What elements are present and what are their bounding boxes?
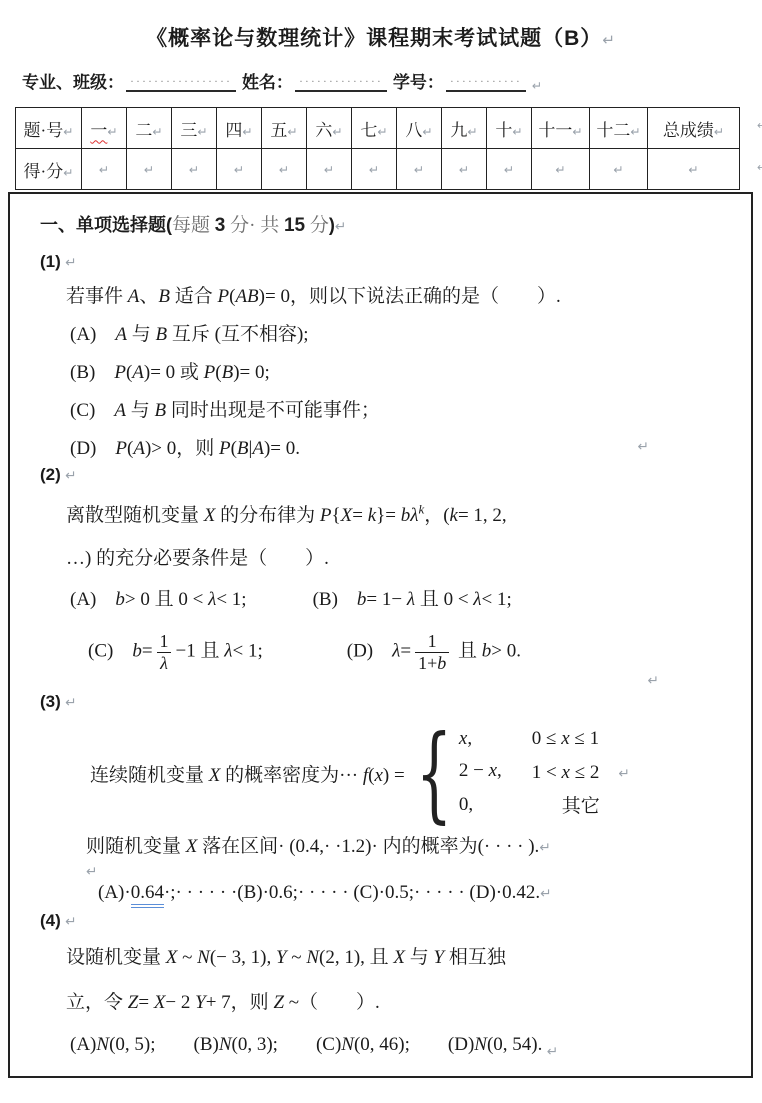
score-cell-2: ↵	[127, 149, 172, 190]
paragraph-mark-icon: ↵	[422, 125, 432, 139]
score-cell-5: ↵	[262, 149, 307, 190]
question-2-option-d: (D) λ=11+b 且 b> 0.	[347, 631, 521, 673]
score-cell-4: ↵	[217, 149, 262, 190]
piecewise-row3-expr: 0,	[459, 794, 502, 816]
piecewise-row1-cond: 0 ≤ x ≤ 1	[532, 728, 630, 750]
paragraph-mark-icon: ↵	[63, 125, 73, 139]
paragraph-mark-icon: ↵	[638, 439, 649, 455]
score-row: 得·分↵ ↵ ↵ ↵ ↵ ↵ ↵ ↵ ↵ ↵ ↵ ↵ ↵ ↵	[16, 149, 740, 190]
paragraph-mark-icon: ↵	[63, 166, 73, 180]
score-label-cell: 得·分↵	[16, 149, 82, 190]
header-cell-11: 十一↵	[532, 108, 590, 149]
paragraph-mark-icon: ↵	[324, 163, 334, 177]
paragraph-mark-icon: ↵	[532, 79, 542, 93]
score-table: 题·号↵ 一↵ 二↵ 三↵ 四↵ 五↵ 六↵ 七↵ 八↵ 九↵ 十↵ 十一↵ 十…	[15, 107, 740, 190]
paragraph-mark-icon: ↵	[504, 163, 514, 177]
question-1-option-d-text: (D) P(A)> 0，则 P(B|A)= 0.	[70, 433, 300, 460]
questions-box: 一、单项选择题(每题 3 分· 共 15 分)↵ (1) ↵ 若事件 A、B 适…	[8, 192, 753, 1078]
document-title: 《概率论与数理统计》课程期末考试试题（B）↵	[0, 22, 762, 52]
paragraph-mark-icon: ↵	[287, 125, 297, 139]
piecewise-row2-expr: 2 − x,	[459, 760, 502, 782]
student-id-blank: ············	[446, 75, 526, 92]
table-row-end-marks: ↵ ↵	[757, 118, 762, 174]
question-4-options: (A)N(0, 5); (B)N(0, 3); (C)N(0, 46); (D)…	[70, 1029, 739, 1060]
question-2-label: (2) ↵	[40, 464, 739, 486]
paragraph-mark-icon: ↵	[86, 864, 97, 880]
paragraph-mark-icon: ↵	[512, 125, 522, 139]
score-cell-6: ↵	[307, 149, 352, 190]
student-id-label: 学号：	[393, 68, 444, 93]
name-label: 姓名：	[242, 68, 293, 93]
question-1-option-c: (C) A 与 B 同时出现是不可能事件；	[70, 395, 739, 422]
piecewise-row1-expr: x,	[459, 728, 502, 750]
header-cell-2: 二↵	[127, 108, 172, 149]
header-cell-8: 八↵	[397, 108, 442, 149]
score-cell-total: ↵	[648, 149, 740, 190]
question-1-option-d: (D) P(A)> 0，则 P(B|A)= 0. ↵	[70, 433, 739, 460]
exam-document-page: 《概率论与数理统计》课程期末考试试题（B）↵ 专业、班级：···········…	[0, 0, 762, 1103]
paragraph-mark-icon: ↵	[688, 163, 698, 177]
question-4-label: (4) ↵	[40, 910, 739, 932]
paragraph-mark-icon: ↵	[144, 163, 154, 177]
question-3-interval-line: 则随机变量 X 落在区间· (0.4,· ·1.2)· 内的概率为(· · · …	[86, 831, 739, 858]
question-2-stem-line1: 离散型随机变量 X 的分布律为 P{X= k}= bλk，(k= 1, 2,	[66, 500, 739, 527]
paragraph-mark-icon: ↵	[602, 31, 616, 49]
piecewise-row2-cond: 1 < x ≤ 2 ↵	[532, 757, 630, 784]
question-3-options: (A)·0.64·;· · · · · ·(B)·0.6;· · · · · (…	[98, 882, 739, 904]
header-cell-4: 四↵	[217, 108, 262, 149]
question-2-option-a: (A) b> 0 且 0 < λ< 1;	[70, 584, 247, 611]
header-cell-1: 一↵	[82, 108, 127, 149]
header-cell-12: 十二↵	[590, 108, 648, 149]
paragraph-mark-icon: ↵	[613, 163, 623, 177]
question-4-stem-line2: 立，令 Z= X− 2 Y+ 7，则 Z ~（ ）.	[66, 987, 739, 1014]
paragraph-mark-icon: ↵	[279, 163, 289, 177]
score-cell-1: ↵	[82, 149, 127, 190]
student-info-line: 专业、班级：················· 姓名：·············…	[22, 68, 762, 93]
score-cell-3: ↵	[172, 149, 217, 190]
name-blank: ··············	[295, 75, 387, 92]
header-cell-5: 五↵	[262, 108, 307, 149]
paragraph-mark-icon: ↵	[630, 125, 640, 139]
paragraph-mark-icon: ↵	[234, 163, 244, 177]
header-cell-3: 三↵	[172, 108, 217, 149]
paragraph-mark-icon: ↵	[414, 163, 424, 177]
row-end-mark-icon: ↵	[757, 118, 762, 132]
paragraph-mark-icon: ↵	[377, 125, 387, 139]
paragraph-mark-icon: ↵	[714, 125, 724, 139]
question-number-row: 题·号↵ 一↵ 二↵ 三↵ 四↵ 五↵ 六↵ 七↵ 八↵ 九↵ 十↵ 十一↵ 十…	[16, 108, 740, 149]
paragraph-mark-icon: ↵	[189, 163, 199, 177]
question-2-options-row1: (A) b> 0 且 0 < λ< 1; (B) b= 1− λ 且 0 < λ…	[70, 584, 739, 611]
question-2-options-row2: (C) b=1λ−1 且 λ< 1; (D) λ=11+b 且 b> 0. ↵	[88, 615, 739, 689]
question-2-option-c: (C) b=1λ−1 且 λ< 1;	[88, 631, 263, 673]
score-cell-9: ↵	[442, 149, 487, 190]
header-cell-6: 六↵	[307, 108, 352, 149]
empty-paragraph-line: ↵	[86, 860, 739, 882]
score-cell-10: ↵	[487, 149, 532, 190]
left-brace-glyph: {	[416, 729, 452, 817]
paragraph-mark-icon: ↵	[648, 673, 659, 689]
paragraph-mark-icon: ↵	[572, 125, 582, 139]
paragraph-mark-icon: ↵	[152, 125, 162, 139]
piecewise-row3-cond: 其它	[532, 791, 630, 818]
score-cell-7: ↵	[352, 149, 397, 190]
paragraph-mark-icon: ↵	[459, 163, 469, 177]
question-3-intro: 连续随机变量 X 的概率密度为··· f(x) =	[90, 760, 405, 787]
major-class-blank: ·················	[126, 75, 236, 92]
paragraph-mark-icon: ↵	[107, 125, 117, 139]
header-cell-9: 九↵	[442, 108, 487, 149]
score-cell-11: ↵	[532, 149, 590, 190]
header-cell-timu: 题·号↵	[16, 108, 82, 149]
paragraph-mark-icon: ↵	[555, 163, 565, 177]
question-2-option-b: (B) b= 1− λ 且 0 < λ< 1;	[313, 584, 512, 611]
paragraph-mark-icon: ↵	[369, 163, 379, 177]
header-cell-7: 七↵	[352, 108, 397, 149]
question-1-option-b: (B) P(A)= 0 或 P(B)= 0;	[70, 357, 739, 384]
paragraph-mark-icon: ↵	[197, 125, 207, 139]
question-1-option-a: (A) A 与 B 互斥 (互不相容);	[70, 319, 739, 346]
question-1-stem: 若事件 A、B 适合 P(AB)= 0，则以下说法正确的是（ ）.	[66, 281, 739, 308]
piecewise-rows: x, 0 ≤ x ≤ 1 2 − x, 1 < x ≤ 2 ↵ 0, 其它	[459, 728, 630, 818]
score-cell-8: ↵	[397, 149, 442, 190]
paragraph-mark-icon: ↵	[99, 163, 109, 177]
section-heading: 一、单项选择题(每题 3 分· 共 15 分)↵	[40, 210, 739, 237]
header-cell-total: 总成绩↵	[648, 108, 740, 149]
paragraph-mark-icon: ↵	[332, 125, 342, 139]
paragraph-mark-icon: ↵	[242, 125, 252, 139]
score-cell-12: ↵	[590, 149, 648, 190]
question-3-label: (3) ↵	[40, 691, 739, 713]
question-3-density-line: 连续随机变量 X 的概率密度为··· f(x) = { x, 0 ≤ x ≤ 1…	[90, 719, 739, 827]
piecewise-function: { x, 0 ≤ x ≤ 1 2 − x, 1 < x ≤ 2 ↵ 0, 其它	[411, 728, 630, 818]
question-4-stem-line1: 设随机变量 X ~ N(− 3, 1), Y ~ N(2, 1), 且 X 与 …	[66, 942, 739, 969]
major-class-label: 专业、班级：	[22, 68, 124, 93]
title-text: 《概率论与数理统计》课程期末考试试题（B）	[146, 27, 602, 50]
row-end-mark-icon: ↵	[757, 160, 762, 174]
header-cell-10: 十↵	[487, 108, 532, 149]
question-2-stem-line2: …) 的充分必要条件是（ ）.	[66, 543, 739, 570]
paragraph-mark-icon: ↵	[467, 125, 477, 139]
question-1-label: (1) ↵	[40, 251, 739, 273]
